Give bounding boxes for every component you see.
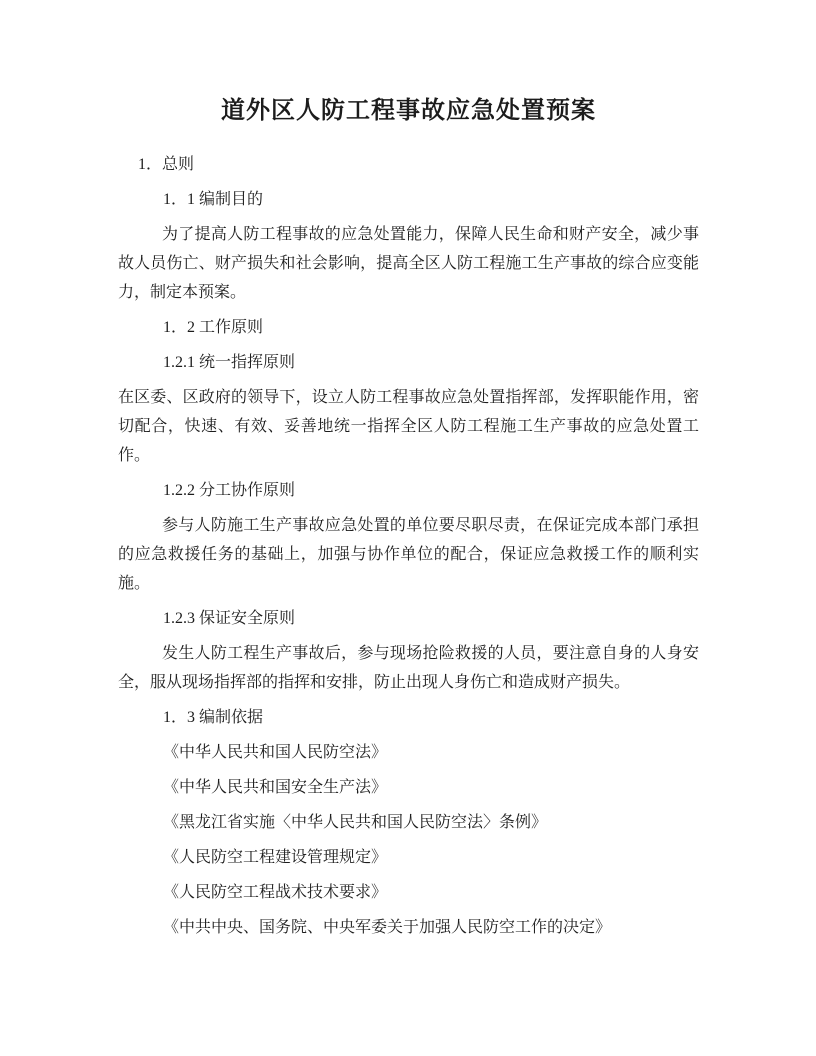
- paragraph-compilation-purpose: 为了提高人防工程事故的应急处置能力，保障人民生命和财产安全，减少事故人员伤亡、财…: [118, 220, 699, 307]
- paragraph-division-cooperation: 参与人防施工生产事故应急处置的单位要尽职尽责，在保证完成本部门承担的应急救援任务…: [118, 511, 699, 598]
- reference-item: 《中共中央、国务院、中央军委关于加强人民防空工作的决定》: [118, 913, 699, 942]
- paragraph-safety-principle: 发生人防工程生产事故后，参与现场抢险救援的人员，要注意自身的人身安全，服从现场指…: [118, 639, 699, 697]
- reference-item: 《中华人民共和国人民防空法》: [118, 738, 699, 767]
- document-page: 道外区人防工程事故应急处置预案 1．总则 1．1 编制目的 为了提高人防工程事故…: [0, 0, 816, 1056]
- reference-item: 《人民防空工程建设管理规定》: [118, 843, 699, 872]
- reference-item: 《黑龙江省实施〈中华人民共和国人民防空法〉条例》: [118, 808, 699, 837]
- paragraph-unified-command: 在区委、区政府的领导下，设立人防工程事故应急处置指挥部，发挥职能作用，密切配合，…: [118, 383, 699, 470]
- clause-1-2-1-heading: 1.2.1 统一指挥原则: [118, 348, 699, 377]
- document-title: 道外区人防工程事故应急处置预案: [118, 97, 699, 125]
- section-1-heading: 1．总则: [118, 150, 699, 179]
- reference-item: 《中华人民共和国安全生产法》: [118, 773, 699, 802]
- subsection-1-2-heading: 1．2 工作原则: [118, 313, 699, 342]
- subsection-1-1-heading: 1．1 编制目的: [118, 185, 699, 214]
- reference-item: 《人民防空工程战术技术要求》: [118, 878, 699, 907]
- clause-1-2-3-heading: 1.2.3 保证安全原则: [118, 604, 699, 633]
- subsection-1-3-heading: 1．3 编制依据: [118, 703, 699, 732]
- clause-1-2-2-heading: 1.2.2 分工协作原则: [118, 476, 699, 505]
